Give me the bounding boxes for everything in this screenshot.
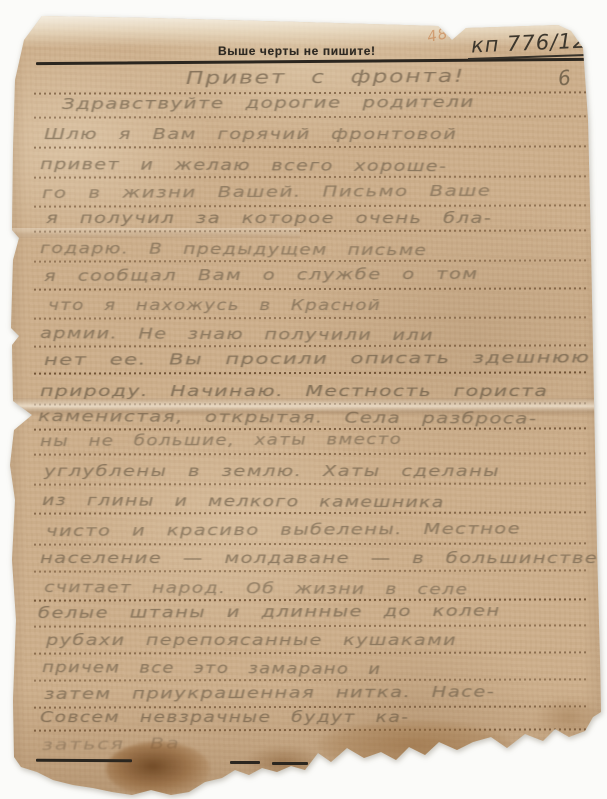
- handwriting-line: ны не большие, хаты вместо: [40, 430, 402, 450]
- dotted-rule-line: [34, 598, 586, 601]
- dotted-rule-line: [34, 371, 586, 374]
- page-number-pencil: 6: [557, 65, 572, 90]
- dotted-rule-line: [34, 511, 586, 514]
- dotted-rule-line: [34, 651, 586, 654]
- handwriting-line: Здравствуйте дорогие родители: [62, 93, 475, 113]
- handwriting-line: что я нахожусь в Красной: [48, 296, 381, 314]
- letter-paper-wrapper: Выше черты не пишите! 482 кп 776/12 6 Пр…: [0, 0, 607, 799]
- handwriting-line: чисто и красиво выбелены. Местное: [46, 519, 521, 540]
- dotted-rule-line: [34, 482, 586, 485]
- printed-bottom-rule: [230, 761, 260, 764]
- minor-crease: [0, 228, 300, 238]
- handwriting-line: привет и желаю всего хороше-: [40, 155, 447, 175]
- handwriting-line: рубахи перепоясанные кушаками: [46, 631, 457, 649]
- water-stain: [318, 720, 510, 770]
- printed-no-write-instruction: Выше черты не пишите!: [218, 44, 376, 58]
- handwriting-line: го в жизни Вашей. Письмо Ваше: [42, 182, 492, 202]
- fold-crease: [0, 398, 607, 416]
- handwriting-line: углублены в землю. Хаты сделаны: [44, 462, 500, 480]
- scan-background: Выше черты не пишите! 482 кп 776/12 6 Пр…: [0, 0, 607, 799]
- dotted-rule-line: [34, 115, 586, 118]
- torn-edge-discoloration: [0, 688, 607, 799]
- handwriting-line: армии. Не знаю получили или: [40, 324, 434, 344]
- letter-paper: Выше черты не пишите! 482 кп 776/12 6 Пр…: [0, 0, 607, 799]
- handwriting-line: население — молдаване — в большинстве: [40, 549, 598, 567]
- letter-heading: Привет с фронта!: [186, 66, 466, 89]
- handwriting-line: белые штаны и длинные до колен: [38, 602, 501, 622]
- dotted-rule-line: [34, 542, 586, 545]
- dotted-rule-line: [34, 204, 586, 207]
- handwriting-line: я сообщал Вам о службе о том: [44, 265, 479, 285]
- handwriting-line: нет ее. Вы просили описать здешнюю: [44, 348, 591, 369]
- dotted-rule-line: [34, 175, 586, 178]
- handwriting-line: я получил за которое очень бла-: [46, 209, 492, 227]
- handwriting-line: считает народ. Об жизни в селе: [44, 578, 468, 598]
- dotted-rule-line: [34, 624, 586, 627]
- printed-top-rule: [36, 58, 585, 65]
- dotted-rule-line: [34, 344, 586, 347]
- edge-stain: [536, 698, 600, 736]
- handwriting-line: годарю. В предыдущем письме: [40, 239, 427, 259]
- dark-ink-stain: [106, 742, 210, 796]
- dotted-rule-line: [34, 287, 586, 290]
- archive-number-inscription: кп 776/12: [471, 28, 588, 57]
- printed-bottom-rule: [272, 762, 308, 765]
- handwriting-line: из глины и мелкого камешника: [42, 491, 445, 511]
- dotted-rule-line: [34, 569, 586, 572]
- dotted-rule-line: [34, 259, 586, 262]
- handwriting-line: Шлю я Вам горячий фронтовой: [44, 125, 457, 143]
- dotted-rule-line: [34, 452, 586, 455]
- handwriting-line: причем все это замарано и: [42, 658, 381, 678]
- dotted-rule-line: [34, 316, 586, 319]
- dotted-rule-line: [34, 678, 586, 681]
- dotted-rule-line: [34, 145, 586, 148]
